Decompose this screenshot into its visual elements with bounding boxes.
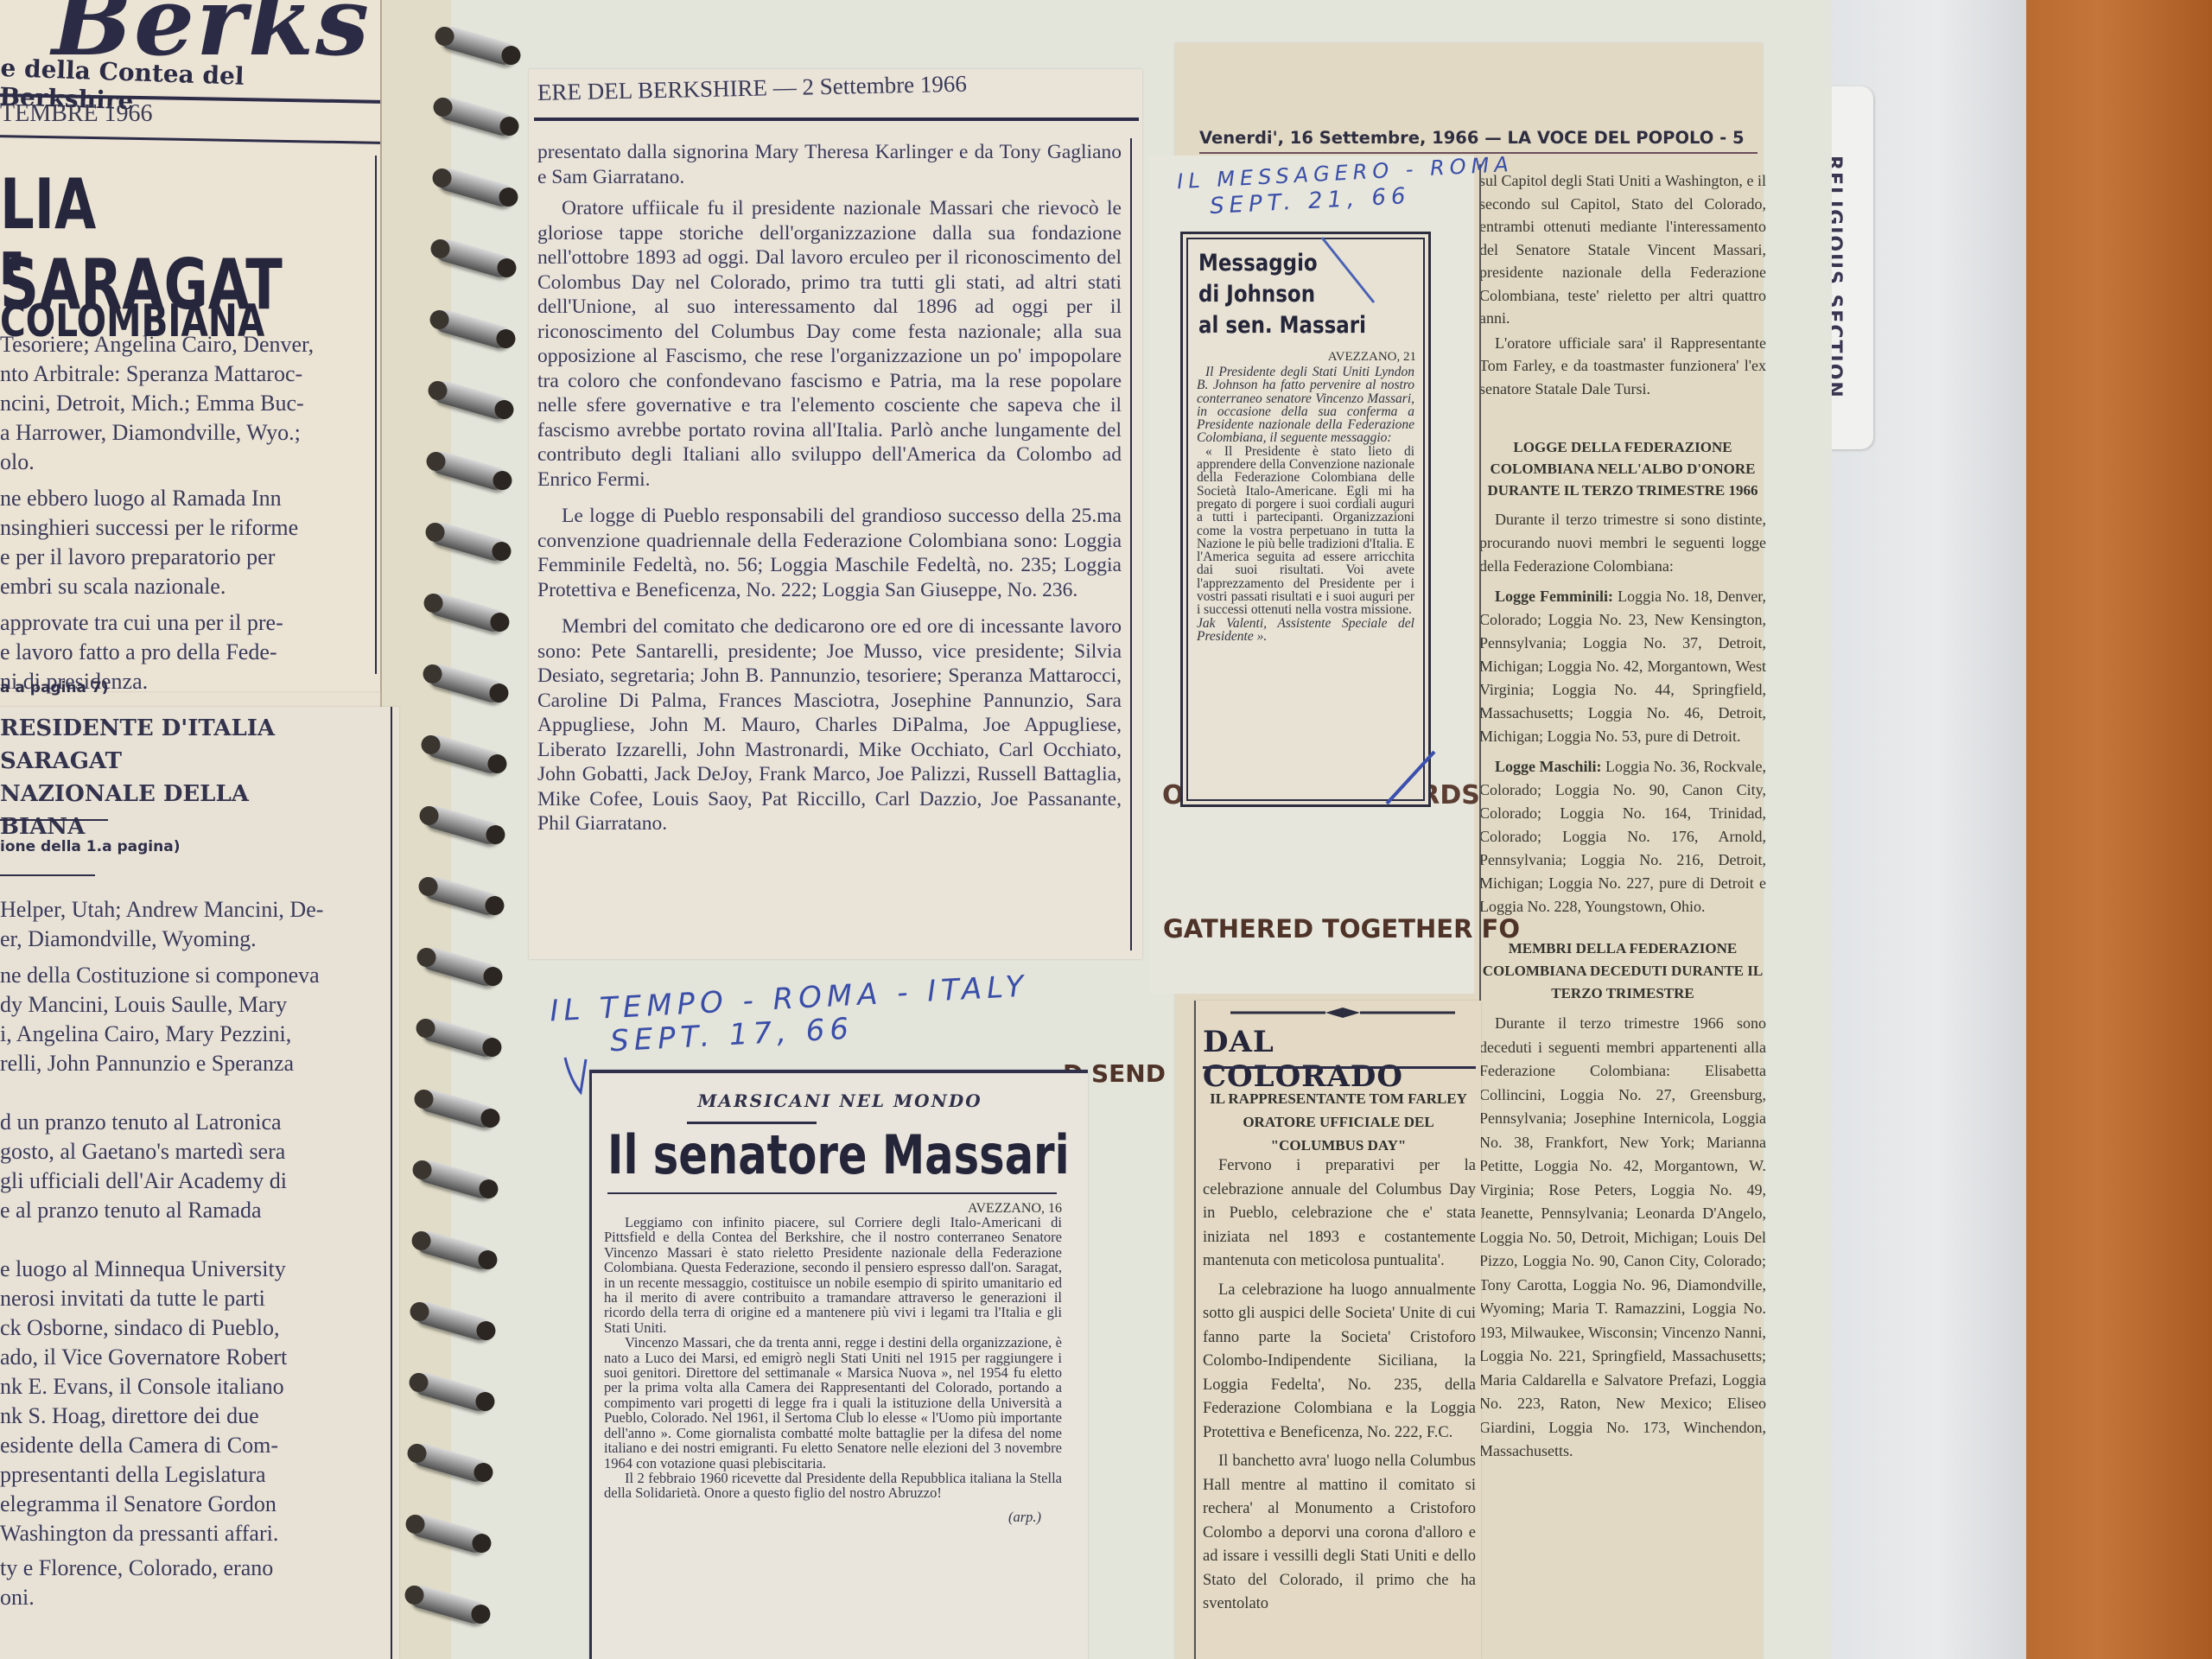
paragraph: Le logge di Pueblo responsabili del gran… <box>537 504 1122 602</box>
text-line: e per il lavoro preparatorio per <box>0 543 368 572</box>
voce-right-column: sul Capitol degli Stati Uniti a Washingt… <box>1479 169 1766 1464</box>
maschili-label: Logge Maschili: <box>1495 758 1602 775</box>
femminili-text: Loggia No. 18, Denver, Colorado; Loggia … <box>1479 588 1766 745</box>
paragraph: e luogo al Minnequa Universitynerosi inv… <box>0 1255 385 1548</box>
paragraph: Leggiamo con infinito piacere, sul Corri… <box>604 1215 1062 1335</box>
colorado-clipping: DAL COLORADO IL RAPPRESENTANTE TOM FARLE… <box>1194 1001 1481 1659</box>
femminili-label: Logge Femminili: <box>1495 588 1613 605</box>
tempo-headline: Il senatore Massari <box>607 1123 1070 1186</box>
divider <box>0 874 95 876</box>
header-rule <box>534 118 1139 121</box>
corriere-header: ERE DEL BERKSHIRE — 2 Settembre 1966 <box>537 71 968 106</box>
column-rule <box>375 156 377 674</box>
column-rule <box>1130 138 1132 950</box>
corriere-clipping: ERE DEL BERKSHIRE — 2 Settembre 1966 pre… <box>529 69 1142 959</box>
paragraph: d un pranzo tenuto al Latronicagosto, al… <box>0 1108 385 1225</box>
paragraph: Fervono i preparativi per la celebrazion… <box>1203 1154 1476 1274</box>
left-clipping-bottom: RESIDENTE D'ITALIA SARAGATNAZIONALE DELL… <box>0 707 399 1659</box>
headline-line: al sen. Massari <box>1198 310 1366 341</box>
text-line: ne ebbero luogo al Ramada Inn <box>0 484 368 513</box>
continuation-headline: RESIDENTE D'ITALIA SARAGATNAZIONALE DELL… <box>0 712 399 843</box>
paragraph: Logge Femminili: Loggia No. 18, Denver, … <box>1479 585 1766 748</box>
paragraph: ne ebbero luogo al Ramada Innnsinghieri … <box>0 484 368 601</box>
text-line: Tesoriere; Angelina Cairo, Denver, <box>0 330 368 359</box>
text-line: i, Angelina Cairo, Mary Pezzini, <box>0 1020 385 1049</box>
section-heading: LOGGE DELLA FEDERAZIONE COLOMBIANA NELL'… <box>1479 436 1766 501</box>
maschili-text: Loggia No. 36, Rockvale, Colorado; Loggi… <box>1479 758 1766 915</box>
text-line: oni. <box>0 1583 385 1612</box>
text-line: esidente della Camera di Com- <box>0 1431 385 1460</box>
text-line: dy Mancini, Louis Saulle, Mary <box>0 990 385 1020</box>
colorado-subhead: IL RAPPRESENTANTE TOM FARLEY ORATORE UFF… <box>1206 1087 1471 1157</box>
paragraph: Oratore uffiicale fu il presidente nazio… <box>537 196 1122 492</box>
text-line: Helper, Utah; Andrew Mancini, De- <box>0 895 385 925</box>
text-line: e lavoro fatto a pro della Fede- <box>0 638 368 667</box>
text-line: nerosi invitati da tutte le parti <box>0 1284 385 1313</box>
text-line: elegramma il Senatore Gordon <box>0 1490 385 1519</box>
paragraph: Helper, Utah; Andrew Mancini, De-er, Dia… <box>0 895 385 954</box>
text-line: gli ufficiali dell'Air Academy di <box>0 1166 385 1196</box>
paragraph: L'oratore ufficiale sara' il Rappresenta… <box>1479 332 1766 401</box>
pen-slash-mark <box>1313 233 1382 311</box>
continuation-body: Helper, Utah; Andrew Mancini, De-er, Dia… <box>0 895 385 1612</box>
text-line: ncini, Detroit, Mich.; Emma Buc- <box>0 389 368 418</box>
text-line: nk S. Hoag, direttore dei due <box>0 1402 385 1431</box>
messaggero-quote: « Il Presidente è stato lieto di apprend… <box>1197 445 1414 617</box>
underlying-text-gathered: GATHERED TOGETHER FO <box>1163 914 1520 944</box>
voce-header: Venerdi', 16 Settembre, 1966 — LA VOCE D… <box>1199 128 1745 148</box>
text-line: ne della Costituzione si componeva <box>0 961 385 990</box>
paragraph: Membri del comitato che dedicarono ore e… <box>537 614 1122 836</box>
text-line: ck Osborne, sindaco di Pueblo, <box>0 1313 385 1343</box>
divider <box>0 819 108 821</box>
text-line: ppresentanti della Legislatura <box>0 1460 385 1490</box>
text-line: approvate tra cui una per il pre- <box>0 608 368 638</box>
continued-note: a a pagina 7) <box>0 679 109 696</box>
text-line: gosto, al Gaetano's martedì sera <box>0 1137 385 1166</box>
tempo-signoff: (arp.) <box>604 1510 1062 1524</box>
messaggero-signature: Jak Valenti, Assistente Speciale del Pre… <box>1197 617 1414 644</box>
text-line: e luogo al Minnequa University <box>0 1255 385 1284</box>
text-line: a Harrower, Diamondville, Wyo.; <box>0 418 368 448</box>
front-article-body: Tesoriere; Angelina Cairo, Denver,nto Ar… <box>0 330 368 733</box>
paragraph: Logge Maschili: Loggia No. 36, Rockvale,… <box>1479 755 1766 918</box>
paragraph: ne della Costituzione si componevady Man… <box>0 961 385 1078</box>
paragraph: ty e Florence, Colorado, eranooni. <box>0 1554 385 1612</box>
paragraph: Tesoriere; Angelina Cairo, Denver,nto Ar… <box>0 330 368 477</box>
text-line: Washington da pressanti affari. <box>0 1519 385 1548</box>
text-line: e al pranzo tenuto al Ramada <box>0 1196 385 1225</box>
text-line: ty e Florence, Colorado, erano <box>0 1554 385 1583</box>
pen-checkmark <box>1382 717 1443 812</box>
ornamental-rule <box>1230 1006 1455 1020</box>
paragraph: Vincenzo Massari, che da trenta anni, re… <box>604 1335 1062 1471</box>
messaggero-dateline: AVEZZANO, 21 <box>1328 350 1416 365</box>
paragraph: Il banchetto avra' luogo nella Columbus … <box>1203 1450 1476 1617</box>
colorado-headline: DAL COLORADO <box>1203 1025 1481 1094</box>
messaggero-lead: Il Presidente degli Stati Uniti Lyndon B… <box>1197 365 1414 445</box>
paragraph: sul Capitol degli Stati Uniti a Washingt… <box>1479 169 1766 330</box>
continuation-note: ione della 1.a pagina) <box>0 838 180 855</box>
corriere-body: presentato dalla signorina Mary Theresa … <box>537 140 1122 836</box>
paragraph: Il 2 febbraio 1960 ricevette dal Preside… <box>604 1471 1062 1501</box>
text-line: d un pranzo tenuto al Latronica <box>0 1108 385 1137</box>
headline-line: RESIDENTE D'ITALIA SARAGAT <box>0 712 399 778</box>
issue-date-fragment: TEMBRE 1966 <box>0 100 153 128</box>
column-rule <box>391 707 392 1659</box>
left-clipping-top: Berks e della Contea del Berkshire TEMBR… <box>0 0 380 691</box>
messaggero-body: Il Presidente degli Stati Uniti Lyndon B… <box>1197 365 1414 643</box>
text-line: embri su scala nazionale. <box>0 572 368 601</box>
headline-rule <box>1203 1066 1476 1069</box>
paragraph: presentato dalla signorina Mary Theresa … <box>537 140 1122 189</box>
tempo-clipping: MARSICANI NEL MONDO Il senatore Massari … <box>589 1070 1088 1659</box>
tempo-kicker: MARSICANI NEL MONDO <box>592 1090 1088 1111</box>
paragraph: Durante il terzo trimestre 1966 sono dec… <box>1479 1012 1766 1464</box>
text-line: relli, John Pannunzio e Speranza <box>0 1049 385 1078</box>
text-line: olo. <box>0 448 368 477</box>
paragraph: Durante il terzo trimestre si sono disti… <box>1479 508 1766 578</box>
date-rule <box>0 135 380 144</box>
text-line: ado, il Vice Governatore Robert <box>0 1343 385 1372</box>
paragraph: La celebrazione ha luogo annualmente sot… <box>1203 1279 1476 1446</box>
tempo-body: Leggiamo con infinito piacere, sul Corri… <box>604 1215 1062 1524</box>
text-line: nto Arbitrale: Speranza Mattaroc- <box>0 359 368 389</box>
text-line: nk E. Evans, il Console italiano <box>0 1372 385 1402</box>
headline-rule <box>607 1192 1057 1194</box>
section-heading: MEMBRI DELLA FEDERAZIONE COLOMBIANA DECE… <box>1479 938 1766 1005</box>
colorado-body: Fervono i preparativi per la celebrazion… <box>1203 1154 1476 1617</box>
text-line: nsinghieri successi per le riforme <box>0 513 368 543</box>
headline-line: NAZIONALE DELLA <box>0 778 399 810</box>
text-line: er, Diamondville, Wyoming. <box>0 925 385 954</box>
wooden-table <box>2022 0 2212 1659</box>
